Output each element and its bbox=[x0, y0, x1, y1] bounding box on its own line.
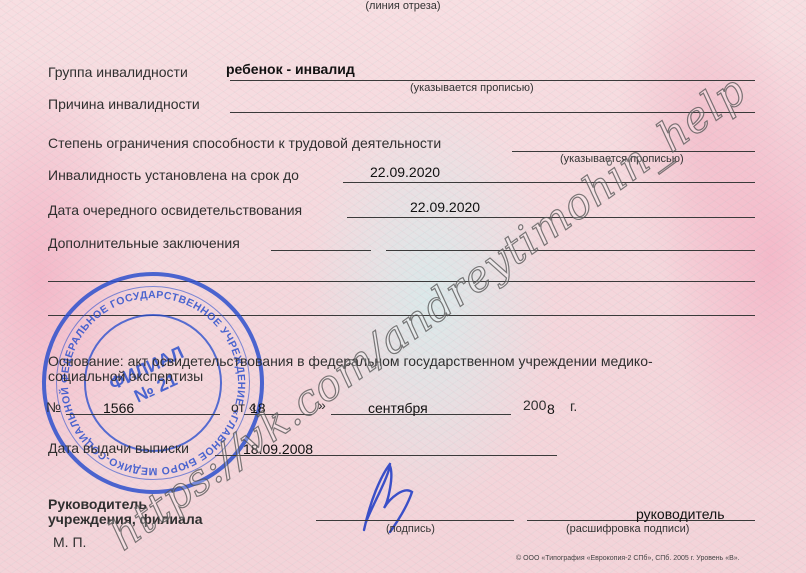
next-exam-value[interactable]: 22.09.2020 bbox=[410, 199, 480, 215]
disability-group-value[interactable]: ребенок - инвалид bbox=[226, 61, 355, 77]
signatory-title-2: учреждения, филиала bbox=[48, 511, 203, 527]
year-suffix[interactable]: 8 bbox=[547, 401, 555, 417]
disability-group-label: Группа инвалидности bbox=[48, 64, 188, 80]
disability-group-hint: (указывается прописью) bbox=[410, 82, 534, 94]
seal-place: М. П. bbox=[53, 534, 86, 550]
signature-line[interactable] bbox=[316, 520, 514, 521]
disability-term-value[interactable]: 22.09.2020 bbox=[370, 164, 440, 180]
disability-term-line bbox=[343, 182, 755, 183]
basis-line-2: социальной экспертизы bbox=[48, 368, 203, 384]
quote-close: » bbox=[318, 397, 326, 413]
work-capacity-label: Степень ограничения способности к трудов… bbox=[48, 135, 441, 151]
next-exam-label: Дата очередного освидетельствования bbox=[48, 202, 302, 218]
issue-date-label: Дата выдачи выписки bbox=[48, 440, 189, 456]
disability-group-line bbox=[230, 80, 755, 81]
basis-line-1: Основание: акт освидетельствования в фед… bbox=[48, 353, 653, 369]
additional-conclusions-line-1[interactable] bbox=[271, 250, 371, 251]
act-number[interactable]: 1566 bbox=[103, 400, 134, 416]
additional-conclusions-label: Дополнительные заключения bbox=[48, 235, 240, 251]
issue-date-value[interactable]: 18.09.2008 bbox=[243, 441, 313, 457]
act-month[interactable]: сентября bbox=[368, 400, 428, 416]
work-capacity-hint: (указывается прописью) bbox=[560, 153, 684, 165]
additional-conclusions-line-2[interactable] bbox=[386, 250, 755, 251]
disability-term-label: Инвалидность установлена на срок до bbox=[48, 167, 299, 183]
year-prefix: 200 bbox=[523, 397, 546, 413]
decryption-hint: (расшифровка подписи) bbox=[566, 523, 689, 535]
decryption-value[interactable]: руководитель bbox=[636, 506, 724, 522]
signature-hint: (подпись) bbox=[386, 523, 435, 535]
printer-footer: © ООО «Типография «Еврокопия-2 СПб», СПб… bbox=[516, 555, 740, 562]
cut-line-label: (линия отреза) bbox=[0, 0, 806, 12]
signatory-title-1: Руководитель bbox=[48, 496, 147, 512]
work-capacity-line[interactable] bbox=[512, 151, 755, 152]
disability-cause-label: Причина инвалидности bbox=[48, 96, 200, 112]
year-unit: г. bbox=[570, 398, 577, 414]
number-line bbox=[66, 414, 220, 415]
next-exam-line bbox=[347, 217, 755, 218]
number-prefix: № bbox=[46, 399, 61, 415]
act-day[interactable]: 18 bbox=[250, 400, 266, 416]
disability-cause-line[interactable] bbox=[230, 112, 755, 113]
